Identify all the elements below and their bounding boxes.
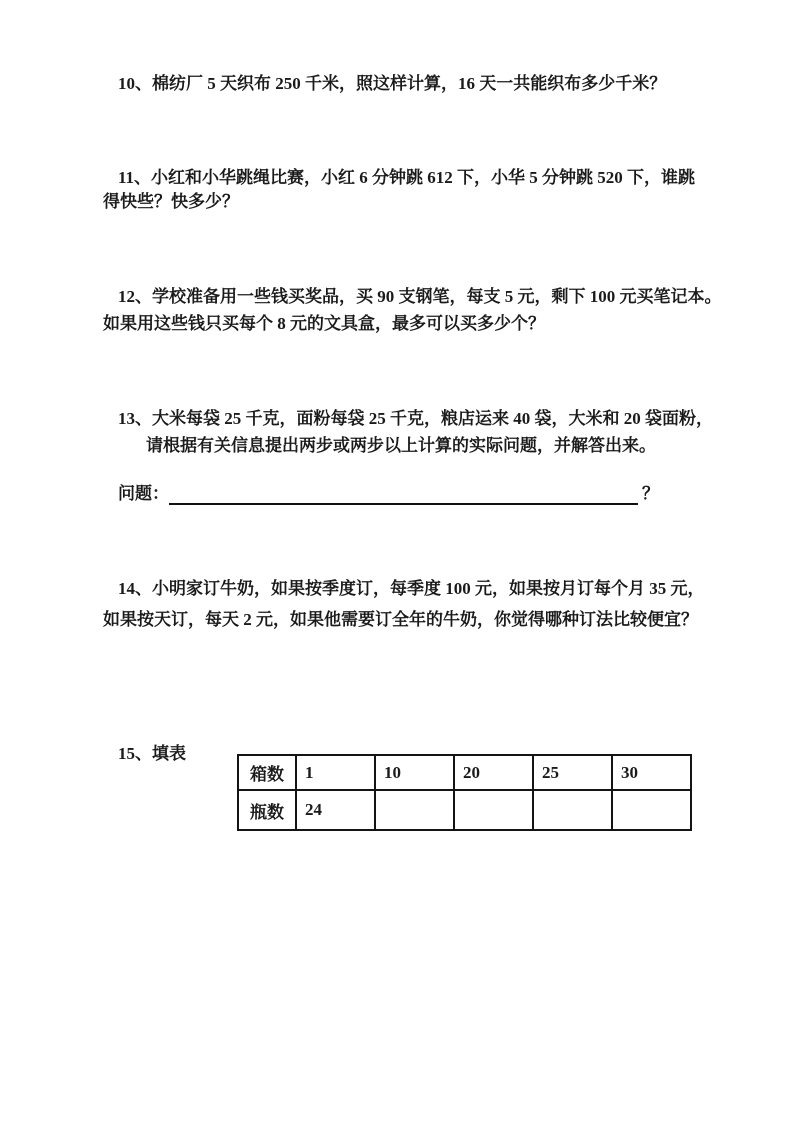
table-row-label: 瓶数 — [238, 790, 296, 830]
table-cell: 25 — [533, 755, 612, 790]
problem-13-line-1: 13、大米每袋 25 千克，面粉每袋 25 千克，粮店运来 40 袋，大米和 2… — [103, 405, 713, 432]
table-cell: 30 — [612, 755, 691, 790]
worksheet-page: 10、棉纺厂 5 天织布 250 千米，照这样计算，16 天一共能织布多少千米？… — [0, 0, 793, 1122]
table-cell: 24 — [296, 790, 375, 830]
problem-12-line-2: 如果用这些钱只买每个 8 元的文具盒，最多可以买多少个？ — [103, 310, 722, 337]
table-cell-empty[interactable] — [375, 790, 454, 830]
fill-in-table: 箱数 1 10 20 25 30 瓶数 24 — [237, 754, 692, 831]
answer-blank-line[interactable] — [169, 502, 638, 505]
table-cell: 1 — [296, 755, 375, 790]
question-prompt-label: 问题： — [118, 484, 169, 503]
problem-14-line-2: 如果按天订，每天 2 元，如果他需要订全年的牛奶，你觉得哪种订法比较便宜？ — [103, 604, 705, 635]
table-cell-empty[interactable] — [533, 790, 612, 830]
problem-13: 13、大米每袋 25 千克，面粉每袋 25 千克，粮店运来 40 袋，大米和 2… — [103, 405, 713, 459]
problem-15-caption: 15、填表 — [118, 740, 186, 767]
table-row-boxes: 箱数 1 10 20 25 30 — [238, 755, 691, 790]
table-cell: 10 — [375, 755, 454, 790]
table-cell-empty[interactable] — [454, 790, 533, 830]
question-prompt-qmark: ？ — [642, 484, 659, 503]
table-cell-empty[interactable] — [612, 790, 691, 830]
table-row-label: 箱数 — [238, 755, 296, 790]
problem-12-line-1: 12、学校准备用一些钱买奖品，买 90 支钢笔，每支 5 元，剩下 100 元买… — [103, 283, 722, 310]
problem-11: 11、小红和小华跳绳比赛，小红 6 分钟跳 612 下，小华 5 分钟跳 520… — [103, 166, 695, 214]
question-prompt-row: 问题：？ — [118, 480, 659, 507]
problem-12: 12、学校准备用一些钱买奖品，买 90 支钢笔，每支 5 元，剩下 100 元买… — [103, 283, 722, 337]
problem-10-line-1: 10、棉纺厂 5 天织布 250 千米，照这样计算，16 天一共能织布多少千米？ — [103, 70, 666, 97]
table-cell: 20 — [454, 755, 533, 790]
problem-14-line-1: 14、小明家订牛奶，如果按季度订，每季度 100 元，如果按月订每个月 35 元… — [103, 573, 705, 604]
problem-14: 14、小明家订牛奶，如果按季度订，每季度 100 元，如果按月订每个月 35 元… — [103, 573, 705, 635]
problem-10: 10、棉纺厂 5 天织布 250 千米，照这样计算，16 天一共能织布多少千米？ — [103, 70, 666, 97]
problem-13-line-2: 请根据有关信息提出两步或两步以上计算的实际问题，并解答出来。 — [103, 432, 713, 459]
problem-11-line-1: 11、小红和小华跳绳比赛，小红 6 分钟跳 612 下，小华 5 分钟跳 520… — [103, 166, 695, 190]
problem-11-line-2: 得快些？快多少？ — [103, 190, 695, 214]
table-row-bottles: 瓶数 24 — [238, 790, 691, 830]
